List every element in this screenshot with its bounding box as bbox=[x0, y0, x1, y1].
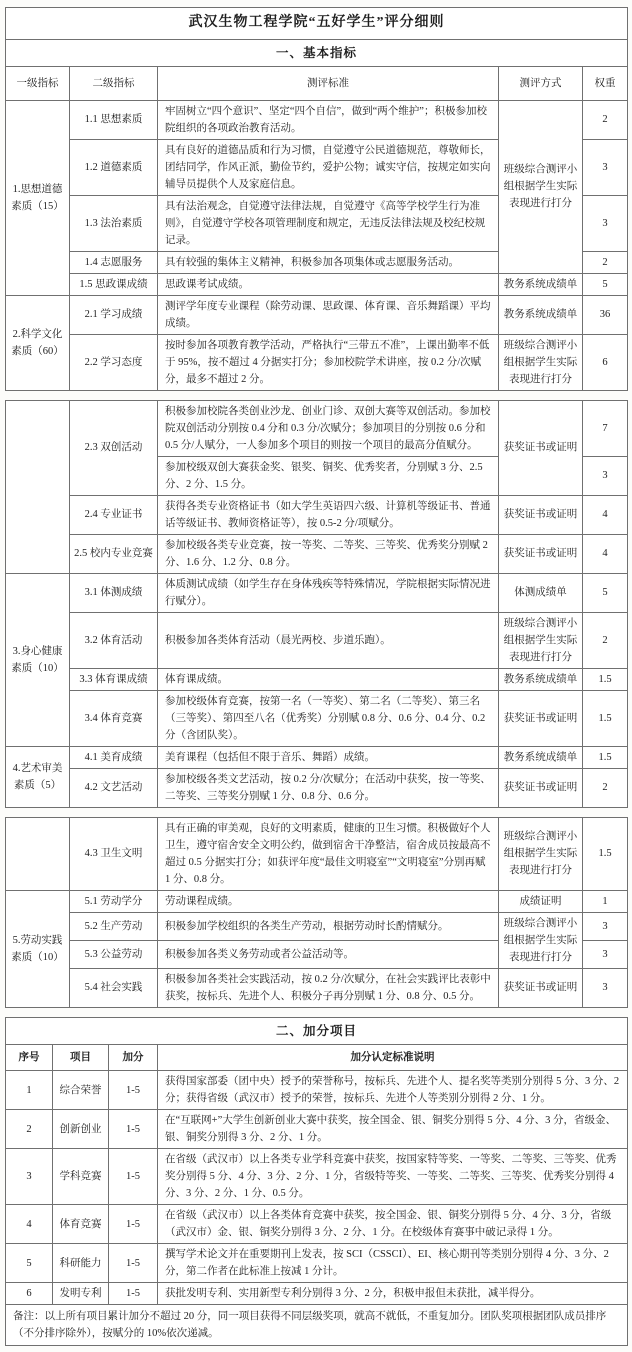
index-cell: 2 bbox=[6, 1110, 53, 1149]
weight-cell: 5 bbox=[583, 573, 628, 612]
index-cell: 6 bbox=[6, 1283, 53, 1305]
criteria-cell: 思政课考试成绩。 bbox=[158, 273, 499, 295]
level2-indicator-cell: 5.1 劳动学分 bbox=[70, 890, 158, 912]
column-header: 序号 bbox=[6, 1045, 53, 1071]
table-row: 1.5 思政课成绩思政课考试成绩。教务系统成绩单5 bbox=[6, 273, 628, 295]
level2-indicator-cell: 5.2 生产劳动 bbox=[70, 912, 158, 940]
criteria-cell: 积极参加各类体育活动（晨光两校、步道乐跑）。 bbox=[158, 612, 499, 668]
column-header: 测评标准 bbox=[158, 66, 499, 100]
bonus-header-row: 序号项目加分加分认定标准说明 bbox=[6, 1045, 628, 1071]
basic-table-block-3: 4.3 卫生文明具有正确的审美观，良好的文明素质，健康的卫生习惯。积极做好个人卫… bbox=[5, 817, 628, 1008]
table-row: 4.2 文艺活动参加校级各类文艺活动，按 0.2 分/次赋分；在活动中获奖，按一… bbox=[6, 768, 628, 807]
method-cell: 教务系统成绩单 bbox=[499, 295, 583, 334]
method-cell: 体测成绩单 bbox=[499, 573, 583, 612]
criteria-cell: 积极参加各类义务劳动或者公益活动等。 bbox=[158, 940, 499, 968]
method-cell: 班级综合测评小组根据学生实际表现进行打分 bbox=[499, 334, 583, 390]
description-cell: 在省级（武汉市）以上各类专业学科竞赛中获奖，按国家特等奖、一等奖、二等奖、三等奖… bbox=[158, 1149, 628, 1205]
weight-cell: 3 bbox=[583, 456, 628, 495]
weight-cell: 3 bbox=[583, 940, 628, 968]
column-header: 测评方式 bbox=[499, 66, 583, 100]
bonus-section-heading: 二、加分项目 bbox=[6, 1017, 628, 1044]
bonus-range-cell: 1-5 bbox=[109, 1205, 158, 1244]
table-row: 1.思想道德素质（15）1.1 思想素质牢固树立“四个意识”、坚定“四个自信”，… bbox=[6, 100, 628, 139]
weight-cell: 4 bbox=[583, 495, 628, 534]
bonus-range-cell: 1-5 bbox=[109, 1283, 158, 1305]
description-cell: 在省级（武汉市）以上各类体育竞赛中获奖，按全国金、银、铜奖分别得 5 分、4 分… bbox=[158, 1205, 628, 1244]
level2-indicator-cell: 3.3 体育课成绩 bbox=[70, 668, 158, 690]
weight-cell: 3 bbox=[583, 912, 628, 940]
table-row: 3.4 体育竞赛参加校级体育竞赛，按第一名（一等奖）、第二名（二等奖）、第三名（… bbox=[6, 690, 628, 746]
level2-indicator-cell: 4.3 卫生文明 bbox=[70, 817, 158, 890]
table-row: 4.3 卫生文明具有正确的审美观，良好的文明素质，健康的卫生习惯。积极做好个人卫… bbox=[6, 817, 628, 890]
table-row: 3学科竞赛1-5在省级（武汉市）以上各类专业学科竞赛中获奖，按国家特等奖、一等奖… bbox=[6, 1149, 628, 1205]
weight-cell: 1.5 bbox=[583, 817, 628, 890]
criteria-cell: 参加校级各类文艺活动，按 0.2 分/次赋分；在活动中获奖，按一等奖、二等奖、三… bbox=[158, 768, 499, 807]
item-cell: 发明专利 bbox=[53, 1283, 109, 1305]
table-row: 3.身心健康素质（10）3.1 体测成绩体质测试成绩（如学生存在身体残疾等特殊情… bbox=[6, 573, 628, 612]
table-row: 2.科学文化素质（60）2.1 学习成绩测评学年度专业课程（除劳动课、思政课、体… bbox=[6, 295, 628, 334]
weight-cell: 1 bbox=[583, 890, 628, 912]
criteria-cell: 劳动课程成绩。 bbox=[158, 890, 499, 912]
note-row: 备注：以上所有项目累计加分不超过 20 分，同一项目获得不同层级奖项，就高不就低… bbox=[6, 1305, 628, 1346]
bonus-table: 二、加分项目 序号项目加分加分认定标准说明 1综合荣誉1-5获得国家部委（团中央… bbox=[5, 1017, 628, 1346]
level2-indicator-cell: 1.5 思政课成绩 bbox=[70, 273, 158, 295]
item-cell: 科研能力 bbox=[53, 1244, 109, 1283]
description-cell: 在“互联网+”大学生创新创业大赛中获奖，按全国金、银、铜奖分别得 5 分、4 分… bbox=[158, 1110, 628, 1149]
level1-indicator-cell bbox=[6, 817, 70, 890]
level1-indicator-cell: 2.科学文化素质（60） bbox=[6, 295, 70, 390]
table-row: 5.2 生产劳动积极参加学校组织的各类生产劳动，根据劳动时长酌情赋分。班级综合测… bbox=[6, 912, 628, 940]
method-cell: 获奖证书或证明 bbox=[499, 968, 583, 1007]
table-row: 4体育竞赛1-5在省级（武汉市）以上各类体育竞赛中获奖，按全国金、银、铜奖分别得… bbox=[6, 1205, 628, 1244]
weight-cell: 1.5 bbox=[583, 668, 628, 690]
method-cell: 教务系统成绩单 bbox=[499, 668, 583, 690]
table-row: 2创新创业1-5在“互联网+”大学生创新创业大赛中获奖，按全国金、银、铜奖分别得… bbox=[6, 1110, 628, 1149]
document-page: 武汉生物工程学院“五好学生”评分细则 一、基本指标 一级指标二级指标测评标准测评… bbox=[0, 0, 632, 1352]
criteria-cell: 按时参加各项教育教学活动，严格执行“三带五不准”，上课出勤率不低于 95%，按不… bbox=[158, 334, 499, 390]
table-row: 2.5 校内专业竞赛参加校级各类专业竞赛，按一等奖、二等奖、三等奖、优秀奖分别赋… bbox=[6, 534, 628, 573]
level1-indicator-cell: 3.身心健康素质（10） bbox=[6, 573, 70, 746]
weight-cell: 3 bbox=[583, 968, 628, 1007]
table-row: 2.4 专业证书获得各类专业资格证书（如大学生英语四六级、计算机等级证书、普通话… bbox=[6, 495, 628, 534]
method-cell: 班级综合测评小组根据学生实际表现进行打分 bbox=[499, 817, 583, 890]
index-cell: 4 bbox=[6, 1205, 53, 1244]
criteria-cell: 美育课程（包括但不限于音乐、舞蹈）成绩。 bbox=[158, 746, 499, 768]
weight-cell: 2 bbox=[583, 100, 628, 139]
weight-cell: 2 bbox=[583, 251, 628, 273]
basic-header-row: 一级指标二级指标测评标准测评方式权重 bbox=[6, 66, 628, 100]
method-cell: 获奖证书或证明 bbox=[499, 690, 583, 746]
item-cell: 学科竞赛 bbox=[53, 1149, 109, 1205]
weight-cell: 1.5 bbox=[583, 746, 628, 768]
level2-indicator-cell: 1.1 思想素质 bbox=[70, 100, 158, 139]
basic-section-heading: 一、基本指标 bbox=[6, 39, 628, 66]
column-header: 权重 bbox=[583, 66, 628, 100]
criteria-cell: 参加校级各类专业竞赛，按一等奖、二等奖、三等奖、优秀奖分别赋 2 分、1.6 分… bbox=[158, 534, 499, 573]
criteria-cell: 体育课成绩。 bbox=[158, 668, 499, 690]
table-row: 2.2 学习态度按时参加各项教育教学活动，严格执行“三带五不准”，上课出勤率不低… bbox=[6, 334, 628, 390]
criteria-cell: 牢固树立“四个意识”、坚定“四个自信”，做到“两个维护”；积极参加校院组织的各项… bbox=[158, 100, 499, 139]
method-cell: 成绩证明 bbox=[499, 890, 583, 912]
level2-indicator-cell: 1.4 志愿服务 bbox=[70, 251, 158, 273]
description-cell: 获得国家部委（团中央）授予的荣誉称号，按标兵、先进个人、提名奖等类别分别得 5 … bbox=[158, 1071, 628, 1110]
column-header: 加分 bbox=[109, 1045, 158, 1071]
bonus-rows: 1综合荣誉1-5获得国家部委（团中央）授予的荣誉称号，按标兵、先进个人、提名奖等… bbox=[6, 1071, 628, 1305]
basic-rows-block-1: 1.思想道德素质（15）1.1 思想素质牢固树立“四个意识”、坚定“四个自信”，… bbox=[6, 100, 628, 390]
table-row: 4.艺术审美素质（5）4.1 美育成绩美育课程（包括但不限于音乐、舞蹈）成绩。教… bbox=[6, 746, 628, 768]
level1-indicator-cell: 1.思想道德素质（15） bbox=[6, 100, 70, 295]
level2-indicator-cell: 5.3 公益劳动 bbox=[70, 940, 158, 968]
note-cell: 备注：以上所有项目累计加分不超过 20 分，同一项目获得不同层级奖项，就高不就低… bbox=[6, 1305, 628, 1346]
level1-indicator-cell: 4.艺术审美素质（5） bbox=[6, 746, 70, 807]
basic-table-block-1: 武汉生物工程学院“五好学生”评分细则 一、基本指标 一级指标二级指标测评标准测评… bbox=[5, 7, 628, 391]
criteria-cell: 具有良好的道德品质和行为习惯，自觉遵守公民道德规范，尊敬师长，团结同学，作风正派… bbox=[158, 139, 499, 195]
weight-cell: 4 bbox=[583, 534, 628, 573]
table-row: 3.3 体育课成绩体育课成绩。教务系统成绩单1.5 bbox=[6, 668, 628, 690]
method-cell: 班级综合测评小组根据学生实际表现进行打分 bbox=[499, 100, 583, 273]
weight-cell: 2 bbox=[583, 768, 628, 807]
criteria-cell: 测评学年度专业课程（除劳动课、思政课、体育课、音乐舞蹈课）平均成绩。 bbox=[158, 295, 499, 334]
method-cell: 教务系统成绩单 bbox=[499, 746, 583, 768]
index-cell: 1 bbox=[6, 1071, 53, 1110]
weight-cell: 1.5 bbox=[583, 690, 628, 746]
column-header: 一级指标 bbox=[6, 66, 70, 100]
method-cell: 班级综合测评小组根据学生实际表现进行打分 bbox=[499, 612, 583, 668]
criteria-cell: 积极参加各类社会实践活动，按 0.2 分/次赋分，在社会实践评比表彰中获奖，按标… bbox=[158, 968, 499, 1007]
criteria-cell: 积极参加校院各类创业沙龙、创业门诊、双创大赛等双创活动。参加校院双创活动分别按 … bbox=[158, 400, 499, 456]
basic-rows-block-2: 2.3 双创活动积极参加校院各类创业沙龙、创业门诊、双创大赛等双创活动。参加校院… bbox=[6, 400, 628, 807]
table-row: 1综合荣誉1-5获得国家部委（团中央）授予的荣誉称号，按标兵、先进个人、提名奖等… bbox=[6, 1071, 628, 1110]
description-cell: 撰写学术论文并在重要期刊上发表，按 SCI（CSSCI）、EI、核心期刊等类别分… bbox=[158, 1244, 628, 1283]
criteria-cell: 具有较强的集体主义精神，积极参加各项集体或志愿服务活动。 bbox=[158, 251, 499, 273]
index-cell: 5 bbox=[6, 1244, 53, 1283]
criteria-cell: 参加校级体育竞赛，按第一名（一等奖）、第二名（二等奖）、第三名（三等奖）、第四至… bbox=[158, 690, 499, 746]
level2-indicator-cell: 1.2 道德素质 bbox=[70, 139, 158, 195]
method-cell: 获奖证书或证明 bbox=[499, 495, 583, 534]
item-cell: 综合荣誉 bbox=[53, 1071, 109, 1110]
bonus-range-cell: 1-5 bbox=[109, 1071, 158, 1110]
criteria-cell: 获得各类专业资格证书（如大学生英语四六级、计算机等级证书、普通话等级证书、教师资… bbox=[158, 495, 499, 534]
basic-rows-block-3: 4.3 卫生文明具有正确的审美观，良好的文明素质，健康的卫生习惯。积极做好个人卫… bbox=[6, 817, 628, 1007]
table-row: 6发明专利1-5获批发明专利、实用新型专利分别得 3 分、2 分，积极申报但未获… bbox=[6, 1283, 628, 1305]
method-cell: 班级综合测评小组根据学生实际表现进行打分 bbox=[499, 912, 583, 968]
method-cell: 获奖证书或证明 bbox=[499, 400, 583, 495]
item-cell: 创新创业 bbox=[53, 1110, 109, 1149]
level2-indicator-cell: 2.4 专业证书 bbox=[70, 495, 158, 534]
weight-cell: 6 bbox=[583, 334, 628, 390]
item-cell: 体育竞赛 bbox=[53, 1205, 109, 1244]
basic-section-row: 一、基本指标 bbox=[6, 39, 628, 66]
column-header: 二级指标 bbox=[70, 66, 158, 100]
weight-cell: 3 bbox=[583, 139, 628, 195]
level2-indicator-cell: 3.2 体育活动 bbox=[70, 612, 158, 668]
criteria-cell: 具有法治观念，自觉遵守法律法规，自觉遵守《高等学校学生行为准则》，自觉遵守学校各… bbox=[158, 195, 499, 251]
table-row: 2.3 双创活动积极参加校院各类创业沙龙、创业门诊、双创大赛等双创活动。参加校院… bbox=[6, 400, 628, 456]
table-row: 5.4 社会实践积极参加各类社会实践活动，按 0.2 分/次赋分，在社会实践评比… bbox=[6, 968, 628, 1007]
level2-indicator-cell: 2.1 学习成绩 bbox=[70, 295, 158, 334]
weight-cell: 36 bbox=[583, 295, 628, 334]
method-cell: 获奖证书或证明 bbox=[499, 768, 583, 807]
level2-indicator-cell: 5.4 社会实践 bbox=[70, 968, 158, 1007]
level2-indicator-cell: 4.1 美育成绩 bbox=[70, 746, 158, 768]
column-header: 加分认定标准说明 bbox=[158, 1045, 628, 1071]
title-row: 武汉生物工程学院“五好学生”评分细则 bbox=[6, 8, 628, 40]
weight-cell: 5 bbox=[583, 273, 628, 295]
basic-table-block-2: 2.3 双创活动积极参加校院各类创业沙龙、创业门诊、双创大赛等双创活动。参加校院… bbox=[5, 400, 628, 808]
level2-indicator-cell: 2.2 学习态度 bbox=[70, 334, 158, 390]
level2-indicator-cell: 1.3 法治素质 bbox=[70, 195, 158, 251]
level1-indicator-cell bbox=[6, 400, 70, 573]
method-cell: 教务系统成绩单 bbox=[499, 273, 583, 295]
bonus-section-row: 二、加分项目 bbox=[6, 1017, 628, 1044]
document-title: 武汉生物工程学院“五好学生”评分细则 bbox=[6, 8, 628, 40]
weight-cell: 7 bbox=[583, 400, 628, 456]
criteria-cell: 具有正确的审美观，良好的文明素质，健康的卫生习惯。积极做好个人卫生，遵守宿舍安全… bbox=[158, 817, 499, 890]
criteria-cell: 体质测试成绩（如学生存在身体残疾等特殊情况，学院根据实际情况进行赋分）。 bbox=[158, 573, 499, 612]
level1-indicator-cell: 5.劳动实践素质（10） bbox=[6, 890, 70, 1007]
bonus-range-cell: 1-5 bbox=[109, 1149, 158, 1205]
table-row: 5.劳动实践素质（10）5.1 劳动学分劳动课程成绩。成绩证明1 bbox=[6, 890, 628, 912]
description-cell: 获批发明专利、实用新型专利分别得 3 分、2 分，积极申报但未获批，减半得分。 bbox=[158, 1283, 628, 1305]
bonus-range-cell: 1-5 bbox=[109, 1244, 158, 1283]
table-row: 5科研能力1-5撰写学术论文并在重要期刊上发表，按 SCI（CSSCI）、EI、… bbox=[6, 1244, 628, 1283]
level2-indicator-cell: 2.3 双创活动 bbox=[70, 400, 158, 495]
index-cell: 3 bbox=[6, 1149, 53, 1205]
criteria-cell: 参加校级双创大赛获金奖、银奖、铜奖、优秀奖者，分别赋 3 分、2.5 分、2 分… bbox=[158, 456, 499, 495]
column-header: 项目 bbox=[53, 1045, 109, 1071]
bonus-range-cell: 1-5 bbox=[109, 1110, 158, 1149]
table-row: 3.2 体育活动积极参加各类体育活动（晨光两校、步道乐跑）。班级综合测评小组根据… bbox=[6, 612, 628, 668]
method-cell: 获奖证书或证明 bbox=[499, 534, 583, 573]
level2-indicator-cell: 4.2 文艺活动 bbox=[70, 768, 158, 807]
level2-indicator-cell: 3.4 体育竞赛 bbox=[70, 690, 158, 746]
weight-cell: 2 bbox=[583, 612, 628, 668]
level2-indicator-cell: 3.1 体测成绩 bbox=[70, 573, 158, 612]
level2-indicator-cell: 2.5 校内专业竞赛 bbox=[70, 534, 158, 573]
criteria-cell: 积极参加学校组织的各类生产劳动，根据劳动时长酌情赋分。 bbox=[158, 912, 499, 940]
weight-cell: 3 bbox=[583, 195, 628, 251]
